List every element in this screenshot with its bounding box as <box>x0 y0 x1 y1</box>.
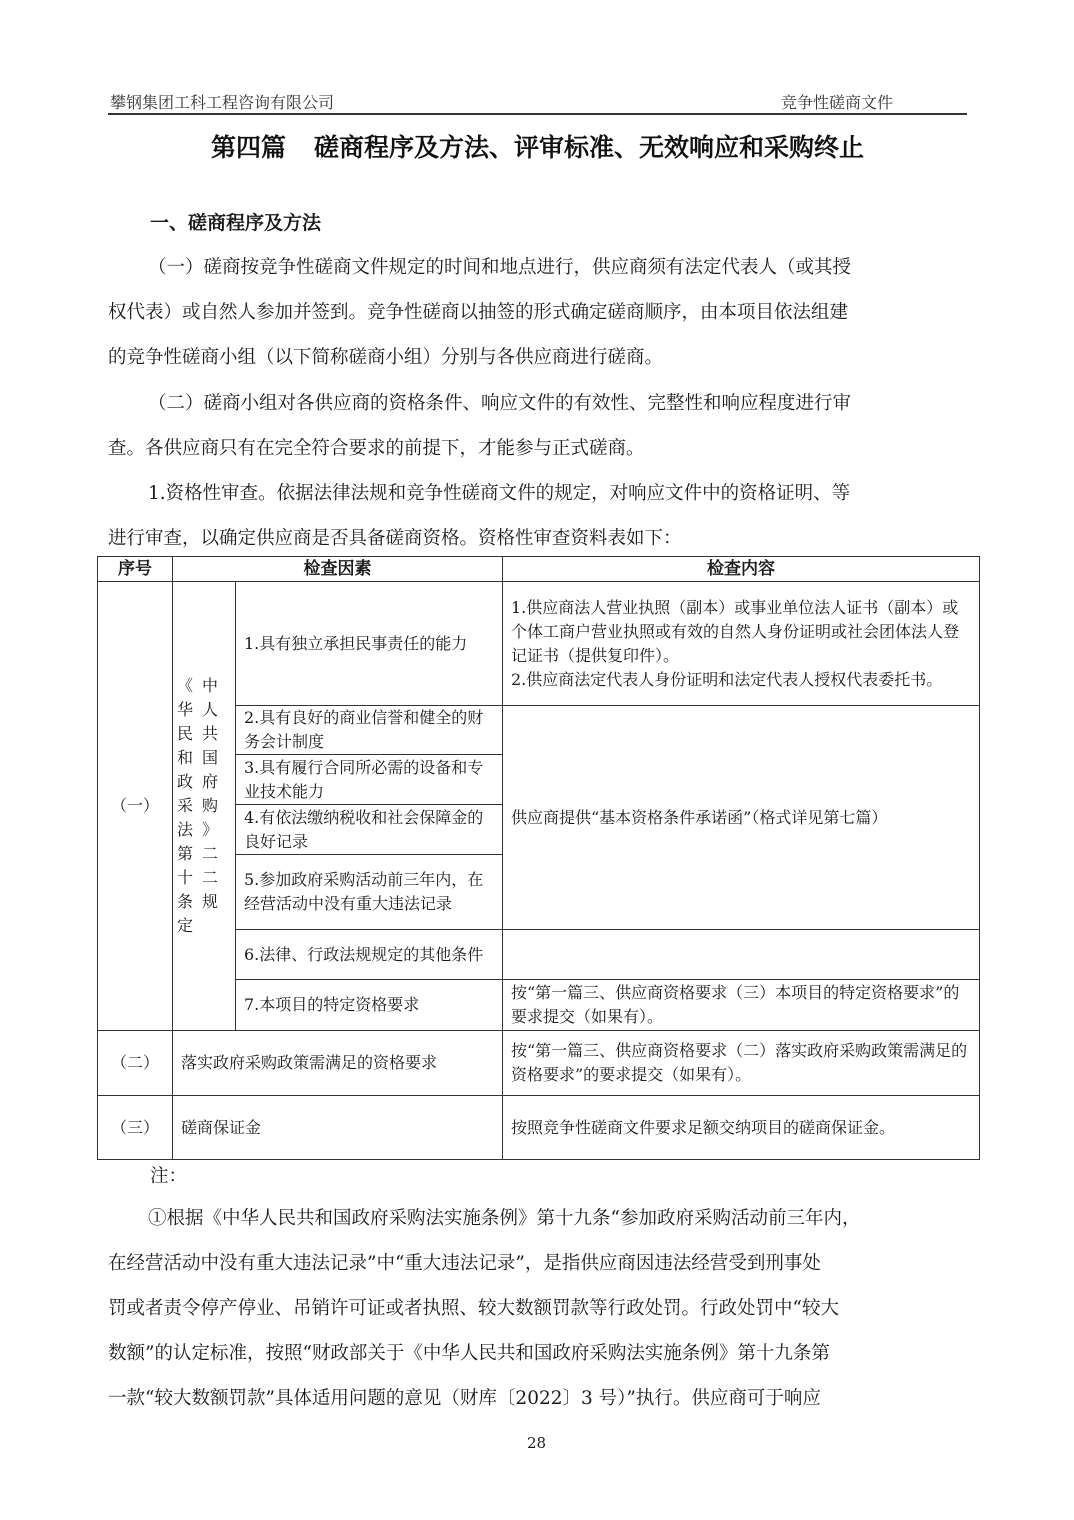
group2-seq: （二） <box>98 1031 173 1096</box>
para2-line: （二）磋商小组对各供应商的资格条件、响应文件的有效性、完整性和响应程度进行审 <box>108 381 967 426</box>
page-number: 28 <box>527 1434 546 1452</box>
header-divider <box>108 113 967 115</box>
qualification-review-table: 序号 检查因素 检查内容 （一） 《中华人民共和国政府采购法》第二十二条规定 1… <box>97 556 980 1160</box>
content-1-line1: 1.供应商法人营业执照（副本）或事业单位法人证书（副本）或个体工商户营业执照或有… <box>511 596 971 668</box>
group1-basis: 《中华人民共和国政府采购法》第二十二条规定 <box>173 582 236 1031</box>
paragraph-2: （二）磋商小组对各供应商的资格条件、响应文件的有效性、完整性和响应程度进行审 查… <box>108 381 967 471</box>
note-line: 在经营活动中没有重大违法记录”中“重大违法记录”，是指供应商因违法经营受到刑事处 <box>108 1241 967 1286</box>
paragraph-1: （一）磋商按竞争性磋商文件规定的时间和地点进行，供应商须有法定代表人（或其授 权… <box>108 245 967 380</box>
header-doc-type: 竞争性磋商文件 <box>781 90 893 113</box>
header-content: 检查内容 <box>503 557 980 582</box>
item-6: 6.法律、行政法规规定的其他条件 <box>236 930 503 980</box>
content-7: 按“第一篇三、供应商资格要求（三）本项目的特定资格要求”的要求提交（如果有）。 <box>503 980 980 1031</box>
para3-line: 进行审查，以确定供应商是否具备磋商资格。资格性审查资料表如下： <box>108 516 967 561</box>
para3-line: 1.资格性审查。依据法律法规和竞争性磋商文件的规定，对响应文件中的资格证明、等 <box>108 471 967 516</box>
content-6 <box>503 930 980 980</box>
item-7: 7.本项目的特定资格要求 <box>236 980 503 1031</box>
section-heading: 一、磋商程序及方法 <box>150 208 321 235</box>
group1-seq: （一） <box>98 582 173 1031</box>
para1-line: 权代表）或自然人参加并签到。竞争性磋商以抽签的形式确定磋商顺序，由本项目依法组建 <box>108 290 967 335</box>
basis-text: 《中华人民共和国政府采购法》第二十二条规定 <box>177 674 227 938</box>
content-2-5: 供应商提供“基本资格条件承诺函”（格式详见第七篇） <box>503 706 980 930</box>
content-1: 1.供应商法人营业执照（副本）或事业单位法人证书（副本）或个体工商户营业执照或有… <box>503 582 980 706</box>
item-3: 3.具有履行合同所必需的设备和专业技术能力 <box>236 755 503 805</box>
note-label: 注： <box>150 1162 187 1188</box>
group2-factor: 落实政府采购政策需满足的资格要求 <box>173 1031 503 1096</box>
group3-seq: （三） <box>98 1096 173 1160</box>
header-company: 攀钢集团工科工程咨询有限公司 <box>110 90 334 113</box>
group3-content: 按照竞争性磋商文件要求足额交纳项目的磋商保证金。 <box>503 1096 980 1160</box>
note-line: 罚或者责令停产停业、吊销许可证或者执照、较大数额罚款等行政处罚。行政处罚中“较大 <box>108 1286 967 1331</box>
note-line: 数额”的认定标准，按照“财政部关于《中华人民共和国政府采购法实施条例》第十九条第 <box>108 1331 967 1376</box>
table-row: （三） 磋商保证金 按照竞争性磋商文件要求足额交纳项目的磋商保证金。 <box>98 1096 980 1160</box>
group3-factor: 磋商保证金 <box>173 1096 503 1160</box>
item-4: 4.有依法缴纳税收和社会保障金的良好记录 <box>236 805 503 855</box>
item-2: 2.具有良好的商业信誉和健全的财务会计制度 <box>236 706 503 755</box>
note-line: 一款“较大数额罚款”具体适用问题的意见（财库〔2022〕3 号）”执行。供应商可… <box>108 1376 967 1421</box>
content-1-line2: 2.供应商法定代表人身份证明和法定代表人授权代表委托书。 <box>511 668 971 692</box>
table-row: （一） 《中华人民共和国政府采购法》第二十二条规定 1.具有独立承担民事责任的能… <box>98 582 980 706</box>
header-factor: 检查因素 <box>173 557 503 582</box>
para1-line: （一）磋商按竞争性磋商文件规定的时间和地点进行，供应商须有法定代表人（或其授 <box>108 245 967 290</box>
item-5: 5.参加政府采购活动前三年内，在经营活动中没有重大违法记录 <box>236 855 503 930</box>
note-line: ①根据《中华人民共和国政府采购法实施条例》第十九条“参加政府采购活动前三年内， <box>108 1196 967 1241</box>
table-row: （二） 落实政府采购政策需满足的资格要求 按“第一篇三、供应商资格要求（二）落实… <box>98 1031 980 1096</box>
table-header-row: 序号 检查因素 检查内容 <box>98 557 980 582</box>
page-title: 第四篇磋商程序及方法、评审标准、无效响应和采购终止 <box>108 128 967 164</box>
note-paragraph: ①根据《中华人民共和国政府采购法实施条例》第十九条“参加政府采购活动前三年内， … <box>108 1196 967 1421</box>
title-part: 第四篇 <box>211 133 286 162</box>
title-text: 磋商程序及方法、评审标准、无效响应和采购终止 <box>314 133 864 162</box>
paragraph-3: 1.资格性审查。依据法律法规和竞争性磋商文件的规定，对响应文件中的资格证明、等 … <box>108 471 967 561</box>
item-1: 1.具有独立承担民事责任的能力 <box>236 582 503 706</box>
header-seq: 序号 <box>98 557 173 582</box>
group2-content: 按“第一篇三、供应商资格要求（二）落实政府采购政策需满足的资格要求”的要求提交（… <box>503 1031 980 1096</box>
para2-line: 查。各供应商只有在完全符合要求的前提下，才能参与正式磋商。 <box>108 426 967 471</box>
para1-line: 的竞争性磋商小组（以下简称磋商小组）分别与各供应商进行磋商。 <box>108 335 967 380</box>
